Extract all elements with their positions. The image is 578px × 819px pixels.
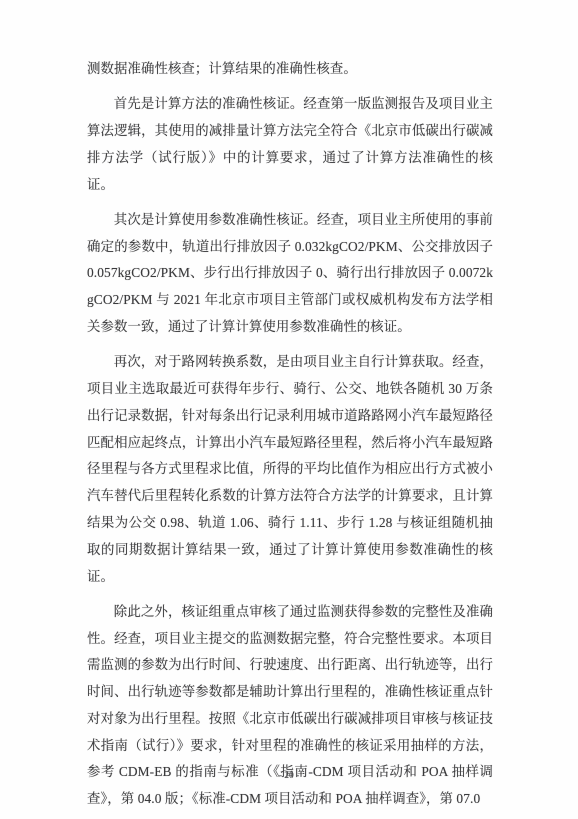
- paragraph: 测数据准确性核查；计算结果的准确性核查。: [87, 56, 493, 83]
- page-number: - 20 -: [0, 771, 578, 781]
- paragraph: 其次是计算使用参数准确性核证。经查，项目业主所使用的事前确定的参数中，轨道出行排…: [87, 207, 493, 341]
- document-body: 测数据准确性核查；计算结果的准确性核查。 首先是计算方法的准确性核证。经查第一版…: [87, 56, 493, 819]
- document-page: 测数据准确性核查；计算结果的准确性核查。 首先是计算方法的准确性核证。经查第一版…: [0, 0, 578, 819]
- paragraph: 首先是计算方法的准确性核证。经查第一版监测报告及项目业主算法逻辑，其使用的减排量…: [87, 91, 493, 198]
- paragraph: 再次，对于路网转换系数，是由项目业主自行计算获取。经查，项目业主选取最近可获得年…: [87, 349, 493, 590]
